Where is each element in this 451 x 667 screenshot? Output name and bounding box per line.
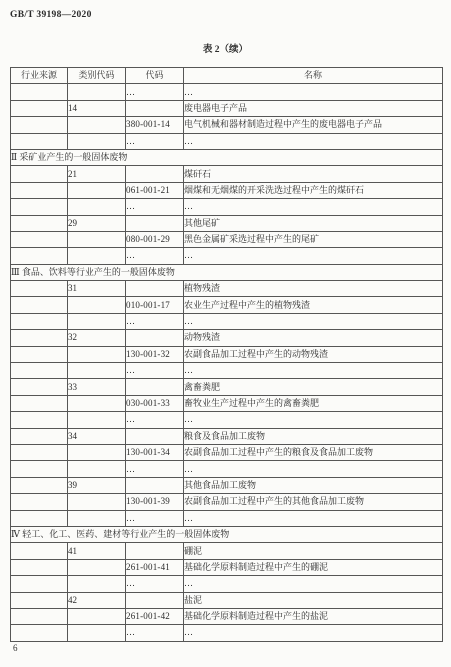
cell-name: … — [184, 461, 443, 477]
table-row: 14废电器电子产品 — [11, 100, 443, 116]
table-row: 130-001-39农副食品加工过程中产生的其他食品加工废物 — [11, 494, 443, 510]
cell-code — [126, 166, 184, 182]
cell-code: 130-001-39 — [126, 494, 184, 510]
cell-category: 31 — [68, 281, 126, 297]
cell-category — [68, 412, 126, 428]
cell-code: … — [126, 625, 184, 641]
cell-industry — [11, 182, 68, 198]
section-row: Ⅲ 食品、饮料等行业产生的一般固体废物 — [11, 264, 443, 280]
cell-name: … — [184, 625, 443, 641]
table-row: …… — [11, 461, 443, 477]
section-row: Ⅳ 轻工、化工、医药、建材等行业产生的一般固体废物 — [11, 526, 443, 542]
cell-name: … — [184, 510, 443, 526]
header-category-code: 类别代码 — [68, 68, 126, 84]
cell-category — [68, 297, 126, 313]
cell-code: … — [126, 461, 184, 477]
table-row: 261-001-41基础化学原料制造过程中产生的硼泥 — [11, 559, 443, 575]
cell-industry — [11, 379, 68, 395]
table-row: …… — [11, 412, 443, 428]
page-number: 6 — [13, 643, 18, 653]
cell-category — [68, 608, 126, 624]
cell-category — [68, 199, 126, 215]
cell-category — [68, 231, 126, 247]
table-row: 32动物残渣 — [11, 330, 443, 346]
cell-code: … — [126, 199, 184, 215]
cell-name: 其他食品加工废物 — [184, 477, 443, 493]
header-industry-source: 行业来源 — [11, 68, 68, 84]
cell-code — [126, 100, 184, 116]
cell-code — [126, 477, 184, 493]
cell-code: 080-001-29 — [126, 231, 184, 247]
cell-category — [68, 182, 126, 198]
cell-category — [68, 248, 126, 264]
table-row: 29其他尾矿 — [11, 215, 443, 231]
table-row: …… — [11, 625, 443, 641]
cell-category — [68, 559, 126, 575]
table-row: …… — [11, 199, 443, 215]
cell-name: 农副食品加工过程中产生的其他食品加工废物 — [184, 494, 443, 510]
cell-name: … — [184, 133, 443, 149]
cell-code: … — [126, 576, 184, 592]
cell-name: … — [184, 412, 443, 428]
cell-name: 农副食品加工过程中产生的粮食及食品加工废物 — [184, 444, 443, 460]
cell-industry — [11, 412, 68, 428]
cell-industry — [11, 84, 68, 100]
table-row: …… — [11, 363, 443, 379]
document-page: GB/T 39198—2020 表 2（续） 行业来源 类别代码 代码 名称 …… — [0, 0, 451, 667]
cell-name: … — [184, 248, 443, 264]
cell-name: 硼泥 — [184, 543, 443, 559]
cell-category: 14 — [68, 100, 126, 116]
cell-category — [68, 133, 126, 149]
waste-classification-table: 行业来源 类别代码 代码 名称 ……14废电器电子产品380-001-14电气机… — [10, 67, 443, 642]
cell-name: … — [184, 199, 443, 215]
cell-name: 黑色金属矿采选过程中产生的尾矿 — [184, 231, 443, 247]
section-label: Ⅱ 采矿业产生的一般固体废物 — [11, 149, 443, 165]
cell-name: 动物残渣 — [184, 330, 443, 346]
header-code: 代码 — [126, 68, 184, 84]
cell-category — [68, 395, 126, 411]
cell-code: … — [126, 363, 184, 379]
cell-code: 130-001-34 — [126, 444, 184, 460]
cell-industry — [11, 461, 68, 477]
table-row: 41硼泥 — [11, 543, 443, 559]
cell-industry — [11, 592, 68, 608]
cell-code — [126, 592, 184, 608]
table-row: 030-001-33畜牧业生产过程中产生的禽畜粪肥 — [11, 395, 443, 411]
cell-code: … — [126, 510, 184, 526]
cell-category — [68, 84, 126, 100]
table-row: 261-001-42基础化学原料制造过程中产生的盐泥 — [11, 608, 443, 624]
cell-category — [68, 461, 126, 477]
table-row: …… — [11, 576, 443, 592]
cell-code: … — [126, 412, 184, 428]
cell-category: 39 — [68, 477, 126, 493]
cell-industry — [11, 428, 68, 444]
cell-name: 农业生产过程中产生的植物残渣 — [184, 297, 443, 313]
table-row: 42盐泥 — [11, 592, 443, 608]
cell-name: … — [184, 313, 443, 329]
table-row: 21煤矸石 — [11, 166, 443, 182]
cell-name: 畜牧业生产过程中产生的禽畜粪肥 — [184, 395, 443, 411]
cell-category: 33 — [68, 379, 126, 395]
cell-name: … — [184, 576, 443, 592]
table-row: 31植物残渣 — [11, 281, 443, 297]
table-row: …… — [11, 133, 443, 149]
cell-industry — [11, 330, 68, 346]
cell-industry — [11, 477, 68, 493]
cell-industry — [11, 494, 68, 510]
cell-industry — [11, 559, 68, 575]
cell-industry — [11, 166, 68, 182]
cell-industry — [11, 625, 68, 641]
table-row: 080-001-29黑色金属矿采选过程中产生的尾矿 — [11, 231, 443, 247]
section-label: Ⅲ 食品、饮料等行业产生的一般固体废物 — [11, 264, 443, 280]
section-label: Ⅳ 轻工、化工、医药、建材等行业产生的一般固体废物 — [11, 526, 443, 542]
cell-category — [68, 444, 126, 460]
cell-name: 废电器电子产品 — [184, 100, 443, 116]
cell-name: 农副食品加工过程中产生的动物残渣 — [184, 346, 443, 362]
cell-code: … — [126, 313, 184, 329]
cell-industry — [11, 281, 68, 297]
standard-number: GB/T 39198—2020 — [10, 10, 92, 20]
cell-category — [68, 346, 126, 362]
cell-industry — [11, 117, 68, 133]
cell-code: 261-001-42 — [126, 608, 184, 624]
cell-name: 煤矸石 — [184, 166, 443, 182]
cell-code: 130-001-32 — [126, 346, 184, 362]
cell-industry — [11, 608, 68, 624]
cell-industry — [11, 313, 68, 329]
cell-industry — [11, 248, 68, 264]
cell-category — [68, 117, 126, 133]
table-row: …… — [11, 510, 443, 526]
table-row: …… — [11, 84, 443, 100]
cell-industry — [11, 543, 68, 559]
table-row: 33禽畜粪肥 — [11, 379, 443, 395]
cell-category — [68, 510, 126, 526]
cell-name: 基础化学原料制造过程中产生的硼泥 — [184, 559, 443, 575]
cell-industry — [11, 133, 68, 149]
cell-category: 21 — [68, 166, 126, 182]
cell-industry — [11, 363, 68, 379]
table-row: 34粮食及食品加工废物 — [11, 428, 443, 444]
cell-name: 其他尾矿 — [184, 215, 443, 231]
cell-industry — [11, 100, 68, 116]
table-row: 010-001-17农业生产过程中产生的植物残渣 — [11, 297, 443, 313]
cell-industry — [11, 231, 68, 247]
header-name: 名称 — [184, 68, 443, 84]
cell-code: 061-001-21 — [126, 182, 184, 198]
cell-category: 34 — [68, 428, 126, 444]
cell-name: … — [184, 363, 443, 379]
table-row: …… — [11, 313, 443, 329]
cell-industry — [11, 297, 68, 313]
cell-code: 030-001-33 — [126, 395, 184, 411]
cell-code — [126, 428, 184, 444]
table-title: 表 2（续） — [0, 41, 451, 55]
cell-name: … — [184, 84, 443, 100]
cell-industry — [11, 215, 68, 231]
table-row: …… — [11, 248, 443, 264]
cell-name: 盐泥 — [184, 592, 443, 608]
cell-code — [126, 215, 184, 231]
table-row: 130-001-32农副食品加工过程中产生的动物残渣 — [11, 346, 443, 362]
cell-code: 010-001-17 — [126, 297, 184, 313]
cell-category: 32 — [68, 330, 126, 346]
cell-category: 29 — [68, 215, 126, 231]
cell-category: 41 — [68, 543, 126, 559]
cell-category — [68, 625, 126, 641]
cell-code — [126, 281, 184, 297]
table-row: 380-001-14电气机械和器材制造过程中产生的废电器电子产品 — [11, 117, 443, 133]
cell-name: 粮食及食品加工废物 — [184, 428, 443, 444]
cell-name: 基础化学原料制造过程中产生的盐泥 — [184, 608, 443, 624]
cell-category: 42 — [68, 592, 126, 608]
cell-code: 380-001-14 — [126, 117, 184, 133]
cell-code: … — [126, 84, 184, 100]
cell-code: 261-001-41 — [126, 559, 184, 575]
header-row: 行业来源 类别代码 代码 名称 — [11, 68, 443, 84]
cell-name: 烟煤和无烟煤的开采洗选过程中产生的煤矸石 — [184, 182, 443, 198]
table-row: 061-001-21烟煤和无烟煤的开采洗选过程中产生的煤矸石 — [11, 182, 443, 198]
cell-category — [68, 576, 126, 592]
cell-category — [68, 363, 126, 379]
cell-name: 禽畜粪肥 — [184, 379, 443, 395]
cell-industry — [11, 346, 68, 362]
cell-industry — [11, 444, 68, 460]
cell-code: … — [126, 133, 184, 149]
cell-code — [126, 543, 184, 559]
cell-code: … — [126, 248, 184, 264]
table-row: 39其他食品加工废物 — [11, 477, 443, 493]
cell-name: 植物残渣 — [184, 281, 443, 297]
section-row: Ⅱ 采矿业产生的一般固体废物 — [11, 149, 443, 165]
table-body: ……14废电器电子产品380-001-14电气机械和器材制造过程中产生的废电器电… — [11, 84, 443, 641]
cell-category — [68, 313, 126, 329]
cell-industry — [11, 510, 68, 526]
cell-category — [68, 494, 126, 510]
cell-code — [126, 330, 184, 346]
cell-industry — [11, 576, 68, 592]
table-row: 130-001-34农副食品加工过程中产生的粮食及食品加工废物 — [11, 444, 443, 460]
cell-name: 电气机械和器材制造过程中产生的废电器电子产品 — [184, 117, 443, 133]
cell-industry — [11, 199, 68, 215]
cell-industry — [11, 395, 68, 411]
cell-code — [126, 379, 184, 395]
